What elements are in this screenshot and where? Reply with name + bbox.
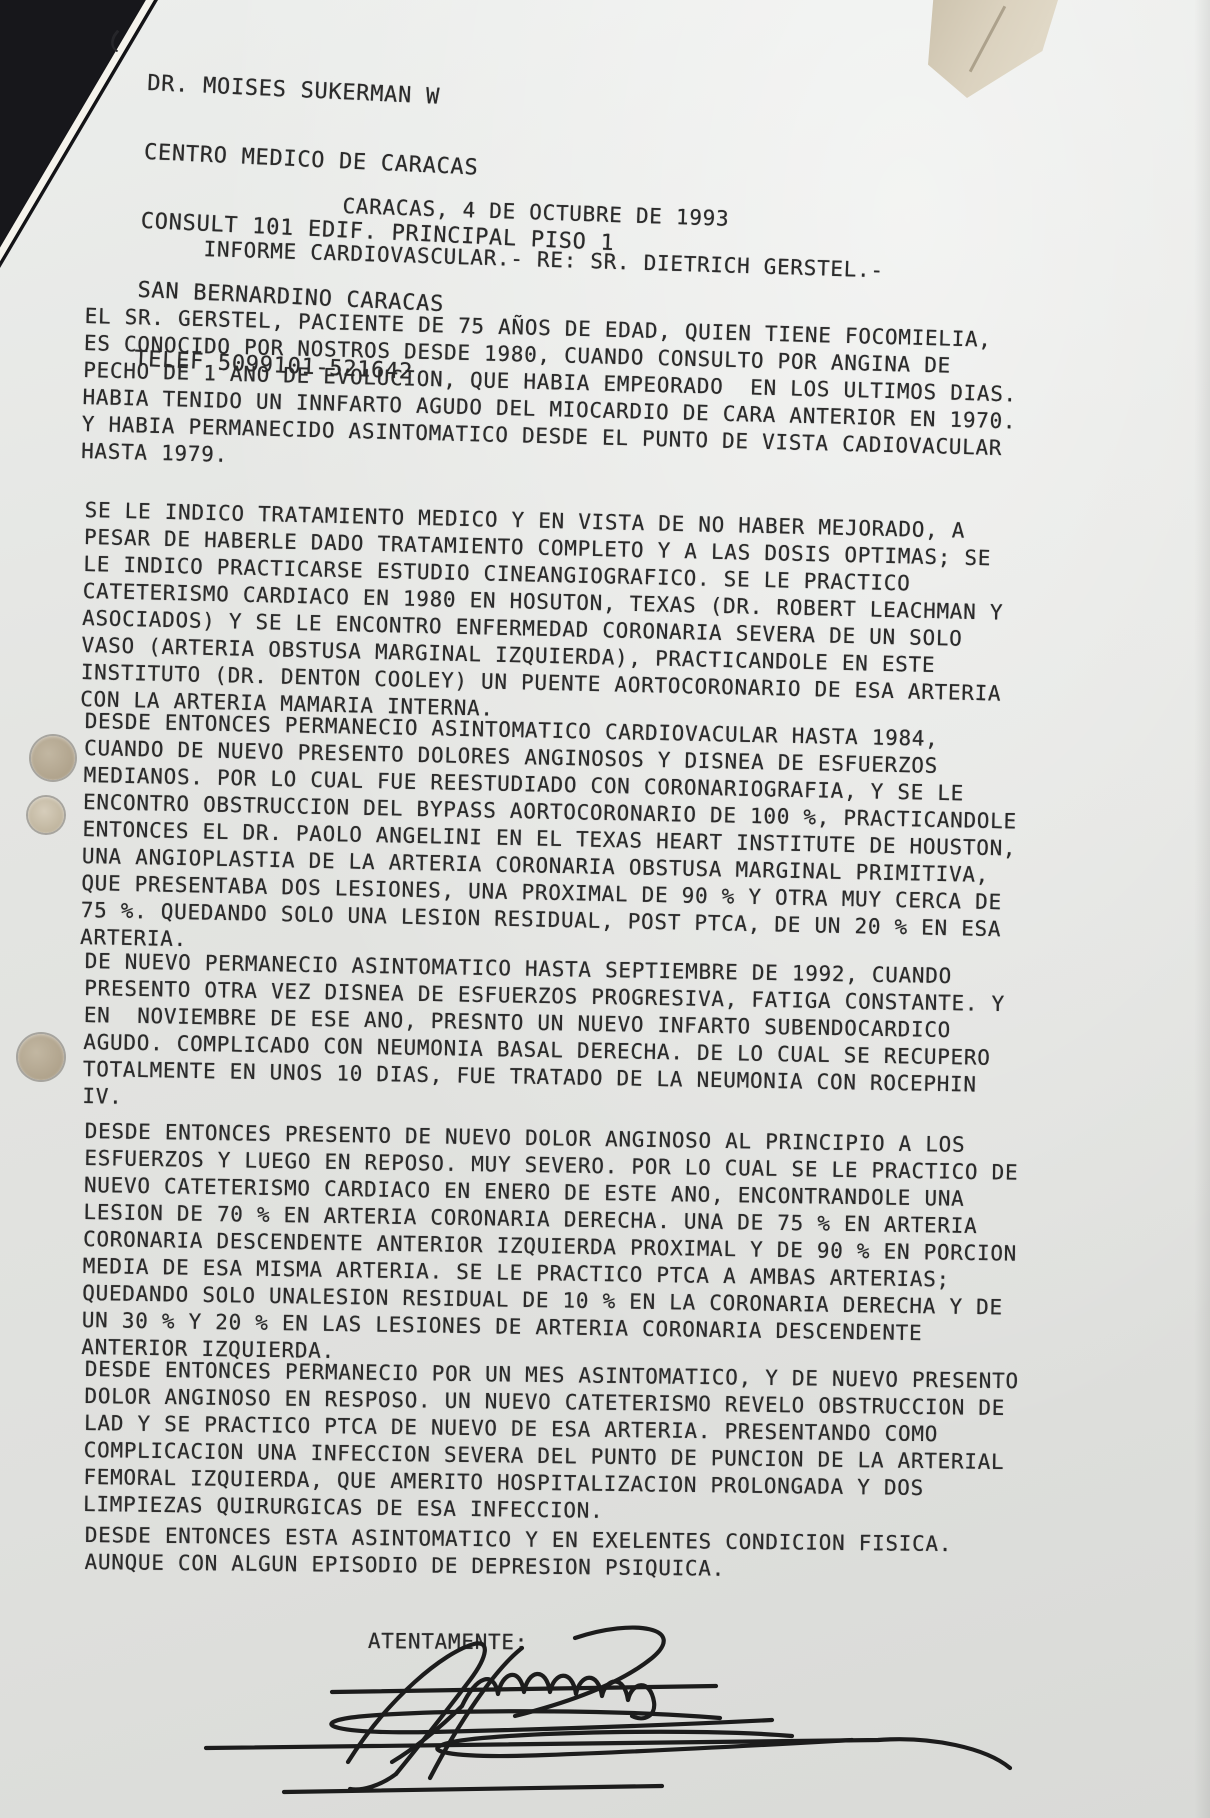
scan-edge-shadow: [1194, 0, 1210, 1818]
scanned-letter-page: DR. MOISES SUKERMAN W CENTRO MEDICO DE C…: [0, 0, 1210, 1818]
signature-scrawl: [0, 0, 1210, 1818]
